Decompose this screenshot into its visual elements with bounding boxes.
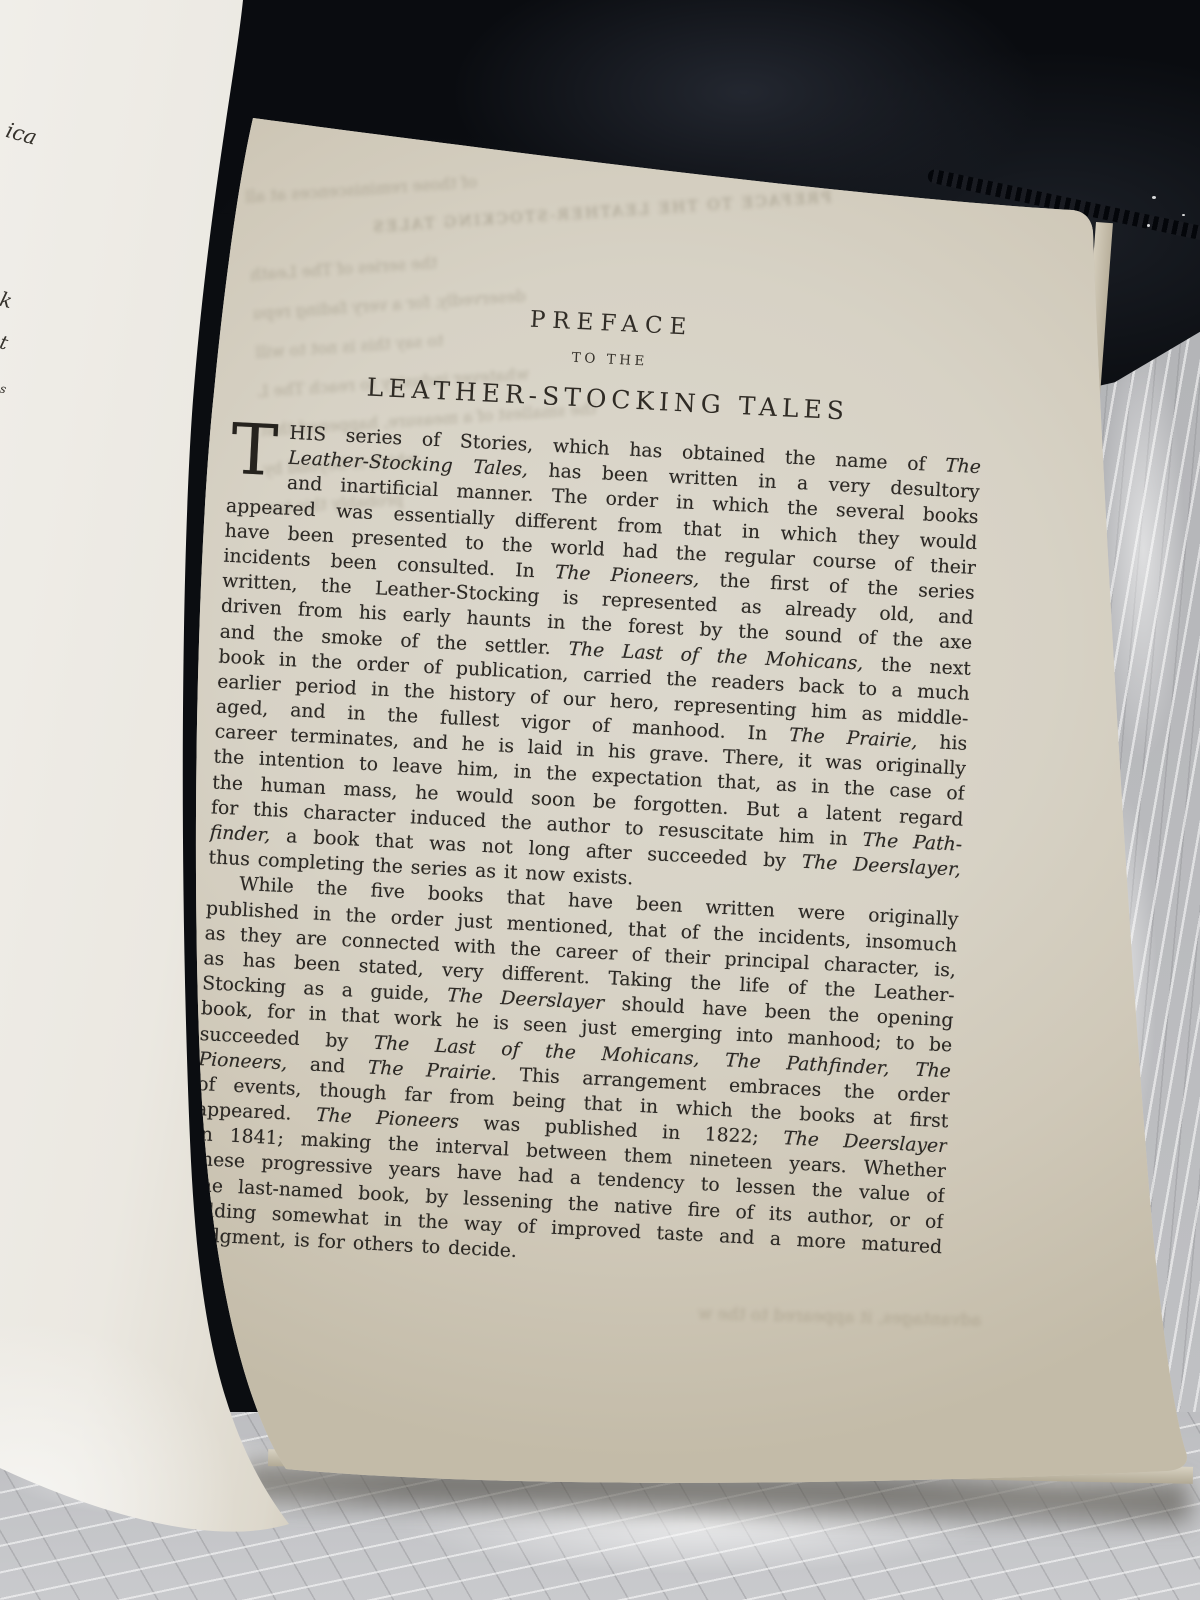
paragraph: While the five books that have been writ… bbox=[189, 871, 959, 1286]
paragraph: THIS series of Stories, which has obtain… bbox=[208, 418, 982, 908]
left-page-fragment: s bbox=[0, 381, 8, 396]
left-page-fragment: ica bbox=[3, 118, 39, 150]
speckle-dot bbox=[1182, 214, 1185, 216]
book-photo-scene: ica k t s of those reminiscences at allP… bbox=[0, 0, 1200, 1600]
ghost-showthrough-bottom: advantages, it appeared to the w bbox=[241, 1293, 981, 1330]
preface-body: THIS series of Stories, which has obtain… bbox=[189, 418, 981, 1286]
speckle-dot bbox=[1147, 224, 1150, 227]
drop-cap: T bbox=[227, 418, 290, 494]
left-page-fragment: t bbox=[0, 331, 10, 354]
speckle-dot bbox=[1152, 196, 1156, 199]
page-content: of those reminiscences at allPREFACE TO … bbox=[189, 266, 989, 1285]
left-page-fragment: k bbox=[0, 287, 15, 313]
